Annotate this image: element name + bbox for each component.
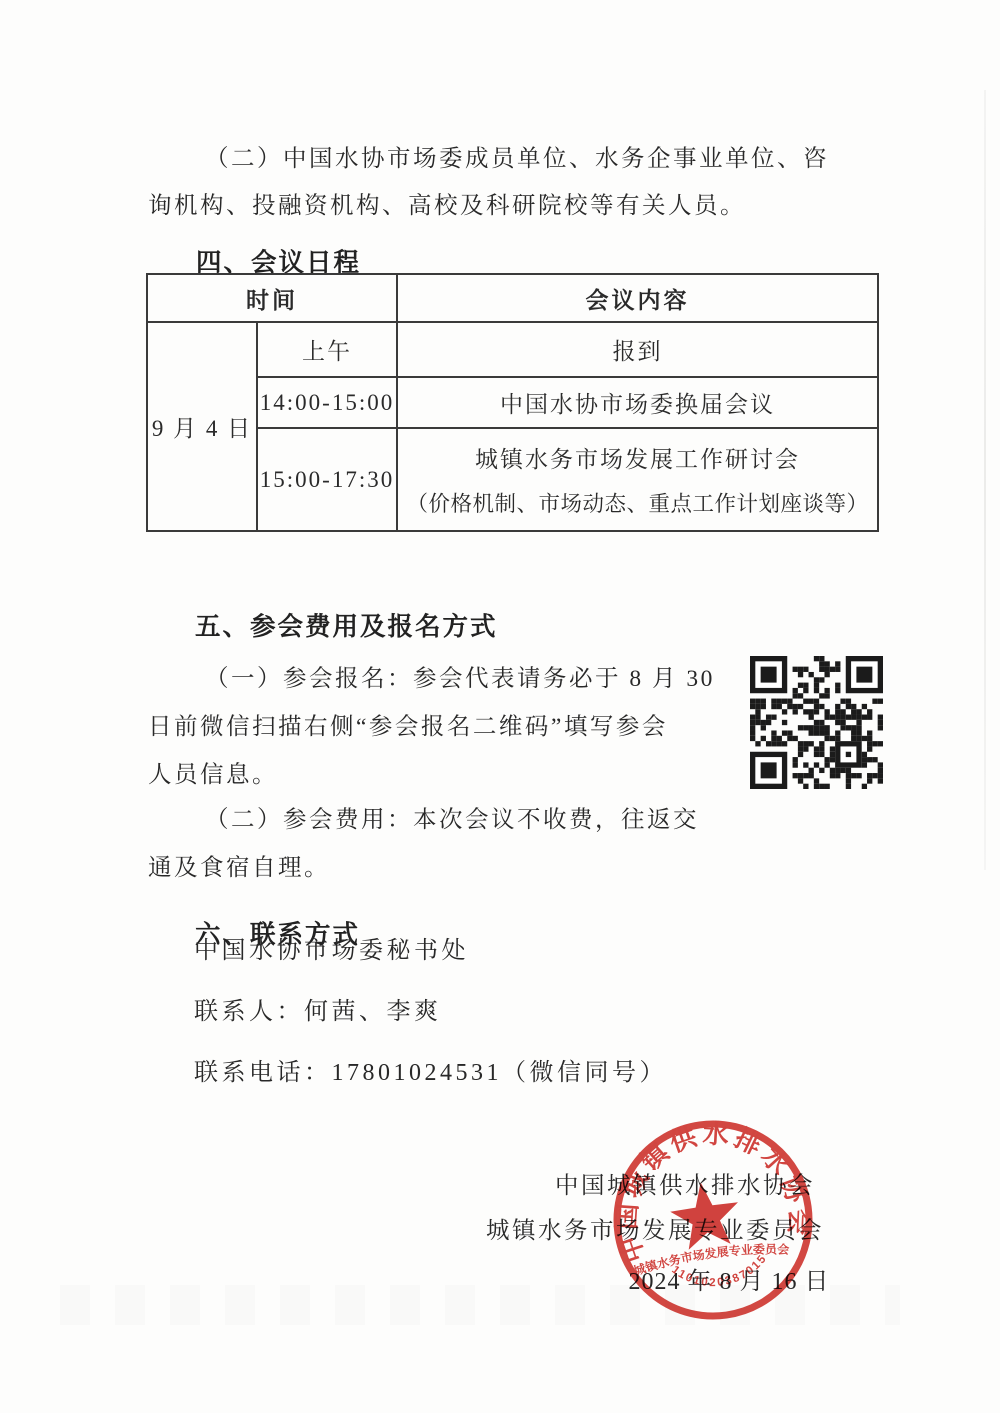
contact-block: 中国水协市场委秘书处 联系人：何茜、李爽 联系电话：17801024531（微信… — [194, 921, 667, 1104]
seal-line-text: 城镇水务市场发展专业委员会 — [631, 1235, 792, 1279]
time-cell: 14:00-15:00 — [257, 377, 397, 428]
time-cell: 上午 — [257, 322, 397, 377]
header-time: 时间 — [147, 274, 397, 322]
document-page: （二）中国水协市场委成员单位、水务企事业单位、咨 询机构、投融资机构、高校及科研… — [0, 0, 1000, 1413]
time-cell: 15:00-17:30 — [257, 428, 397, 531]
table-header-row: 时间 会议内容 — [147, 274, 878, 322]
table-row: 14:00-15:00 中国水协市场委换届会议 — [147, 377, 878, 428]
official-seal: 中国城镇供水排水协会 城镇水务市场发展专业委员会 1101020387015 — [609, 1116, 817, 1324]
header-content: 会议内容 — [397, 274, 878, 322]
paragraph-line: 询机构、投融资机构、高校及科研院校等有关人员。 — [148, 183, 829, 230]
content-cell: 报到 — [397, 322, 878, 377]
contact-phone: 联系电话：17801024531（微信同号） — [194, 1043, 667, 1104]
paragraph-line: 日前微信扫描右侧“参会报名二维码”填写参会 — [148, 703, 715, 751]
registration-paragraph: （一）参会报名：参会代表请务必于 8 月 30 日前微信扫描右侧“参会报名二维码… — [148, 655, 715, 799]
fee-paragraph: （二）参会费用：本次会议不收费，往返交 通及食宿自理。 — [148, 796, 699, 892]
paragraph-line: （一）参会报名：参会代表请务必于 8 月 30 — [148, 655, 715, 703]
content-line: 城镇水务市场发展工作研讨会 — [398, 441, 877, 474]
seal-star-icon — [667, 1178, 744, 1252]
contact-person: 联系人：何茜、李爽 — [194, 982, 667, 1043]
content-cell: 中国水协市场委换届会议 — [397, 377, 878, 428]
content-subline: （价格机制、市场动态、重点工作计划座谈等） — [398, 487, 877, 518]
table-row: 15:00-17:30 城镇水务市场发展工作研讨会 （价格机制、市场动态、重点工… — [147, 428, 878, 531]
schedule-table: 时间 会议内容 9 月 4 日 上午 报到 14:00-15:00 中国水协市场… — [146, 273, 879, 532]
date-cell: 9 月 4 日 — [147, 322, 257, 531]
qr-code — [750, 656, 883, 789]
scan-artifact — [984, 90, 986, 870]
content-cell: 城镇水务市场发展工作研讨会 （价格机制、市场动态、重点工作计划座谈等） — [397, 428, 878, 531]
paragraph-line: 通及食宿自理。 — [148, 844, 699, 892]
paragraph-line: （二）中国水协市场委成员单位、水务企事业单位、咨 — [148, 136, 829, 183]
attendees-paragraph: （二）中国水协市场委成员单位、水务企事业单位、咨 询机构、投融资机构、高校及科研… — [148, 136, 829, 230]
paragraph-line: （二）参会费用：本次会议不收费，往返交 — [148, 796, 699, 844]
contact-org: 中国水协市场委秘书处 — [194, 921, 667, 982]
paragraph-line: 人员信息。 — [148, 751, 715, 799]
table-row: 9 月 4 日 上午 报到 — [147, 322, 878, 377]
section5-heading: 五、参会费用及报名方式 — [195, 607, 498, 643]
